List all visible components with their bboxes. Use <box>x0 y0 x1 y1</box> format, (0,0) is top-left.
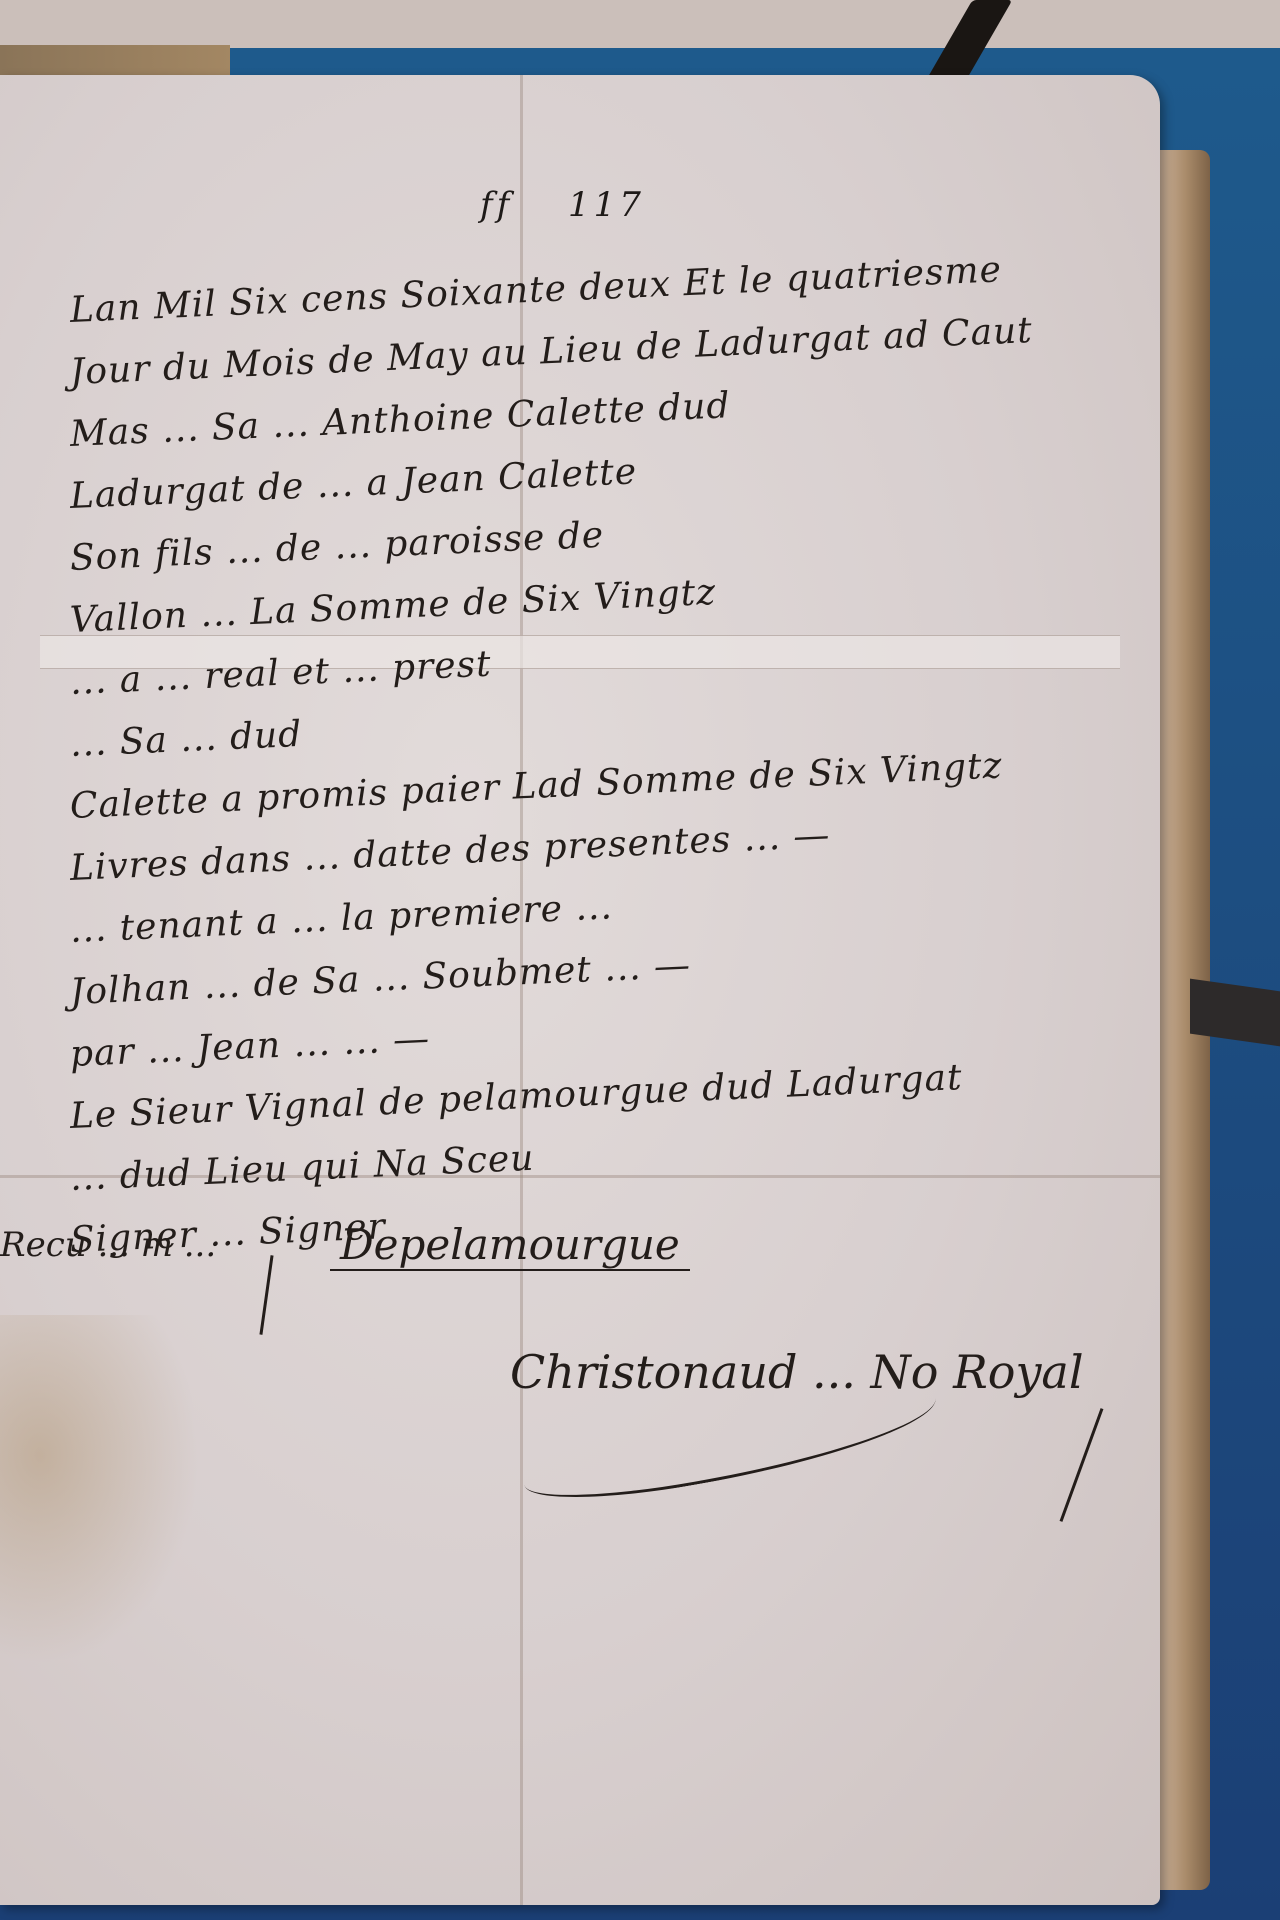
folio-number: ff 117 <box>480 185 645 225</box>
manuscript-page: ff 117 Lan Mil Six cens Soixante deux Et… <box>0 75 1160 1905</box>
folio-value: 117 <box>568 185 645 225</box>
pen-stroke <box>1060 1408 1104 1522</box>
notary-signature: Christonaud ... No Royal <box>510 1345 1084 1399</box>
folio-mark: ff <box>480 185 513 225</box>
signature-depelamourgue: Depelamourgue <box>330 1220 690 1271</box>
manuscript-text: Lan Mil Six cens Soixante deux Et le qua… <box>70 280 1130 1272</box>
water-stain <box>0 1315 200 1665</box>
margin-note: Recu ... m ... <box>0 1225 216 1265</box>
